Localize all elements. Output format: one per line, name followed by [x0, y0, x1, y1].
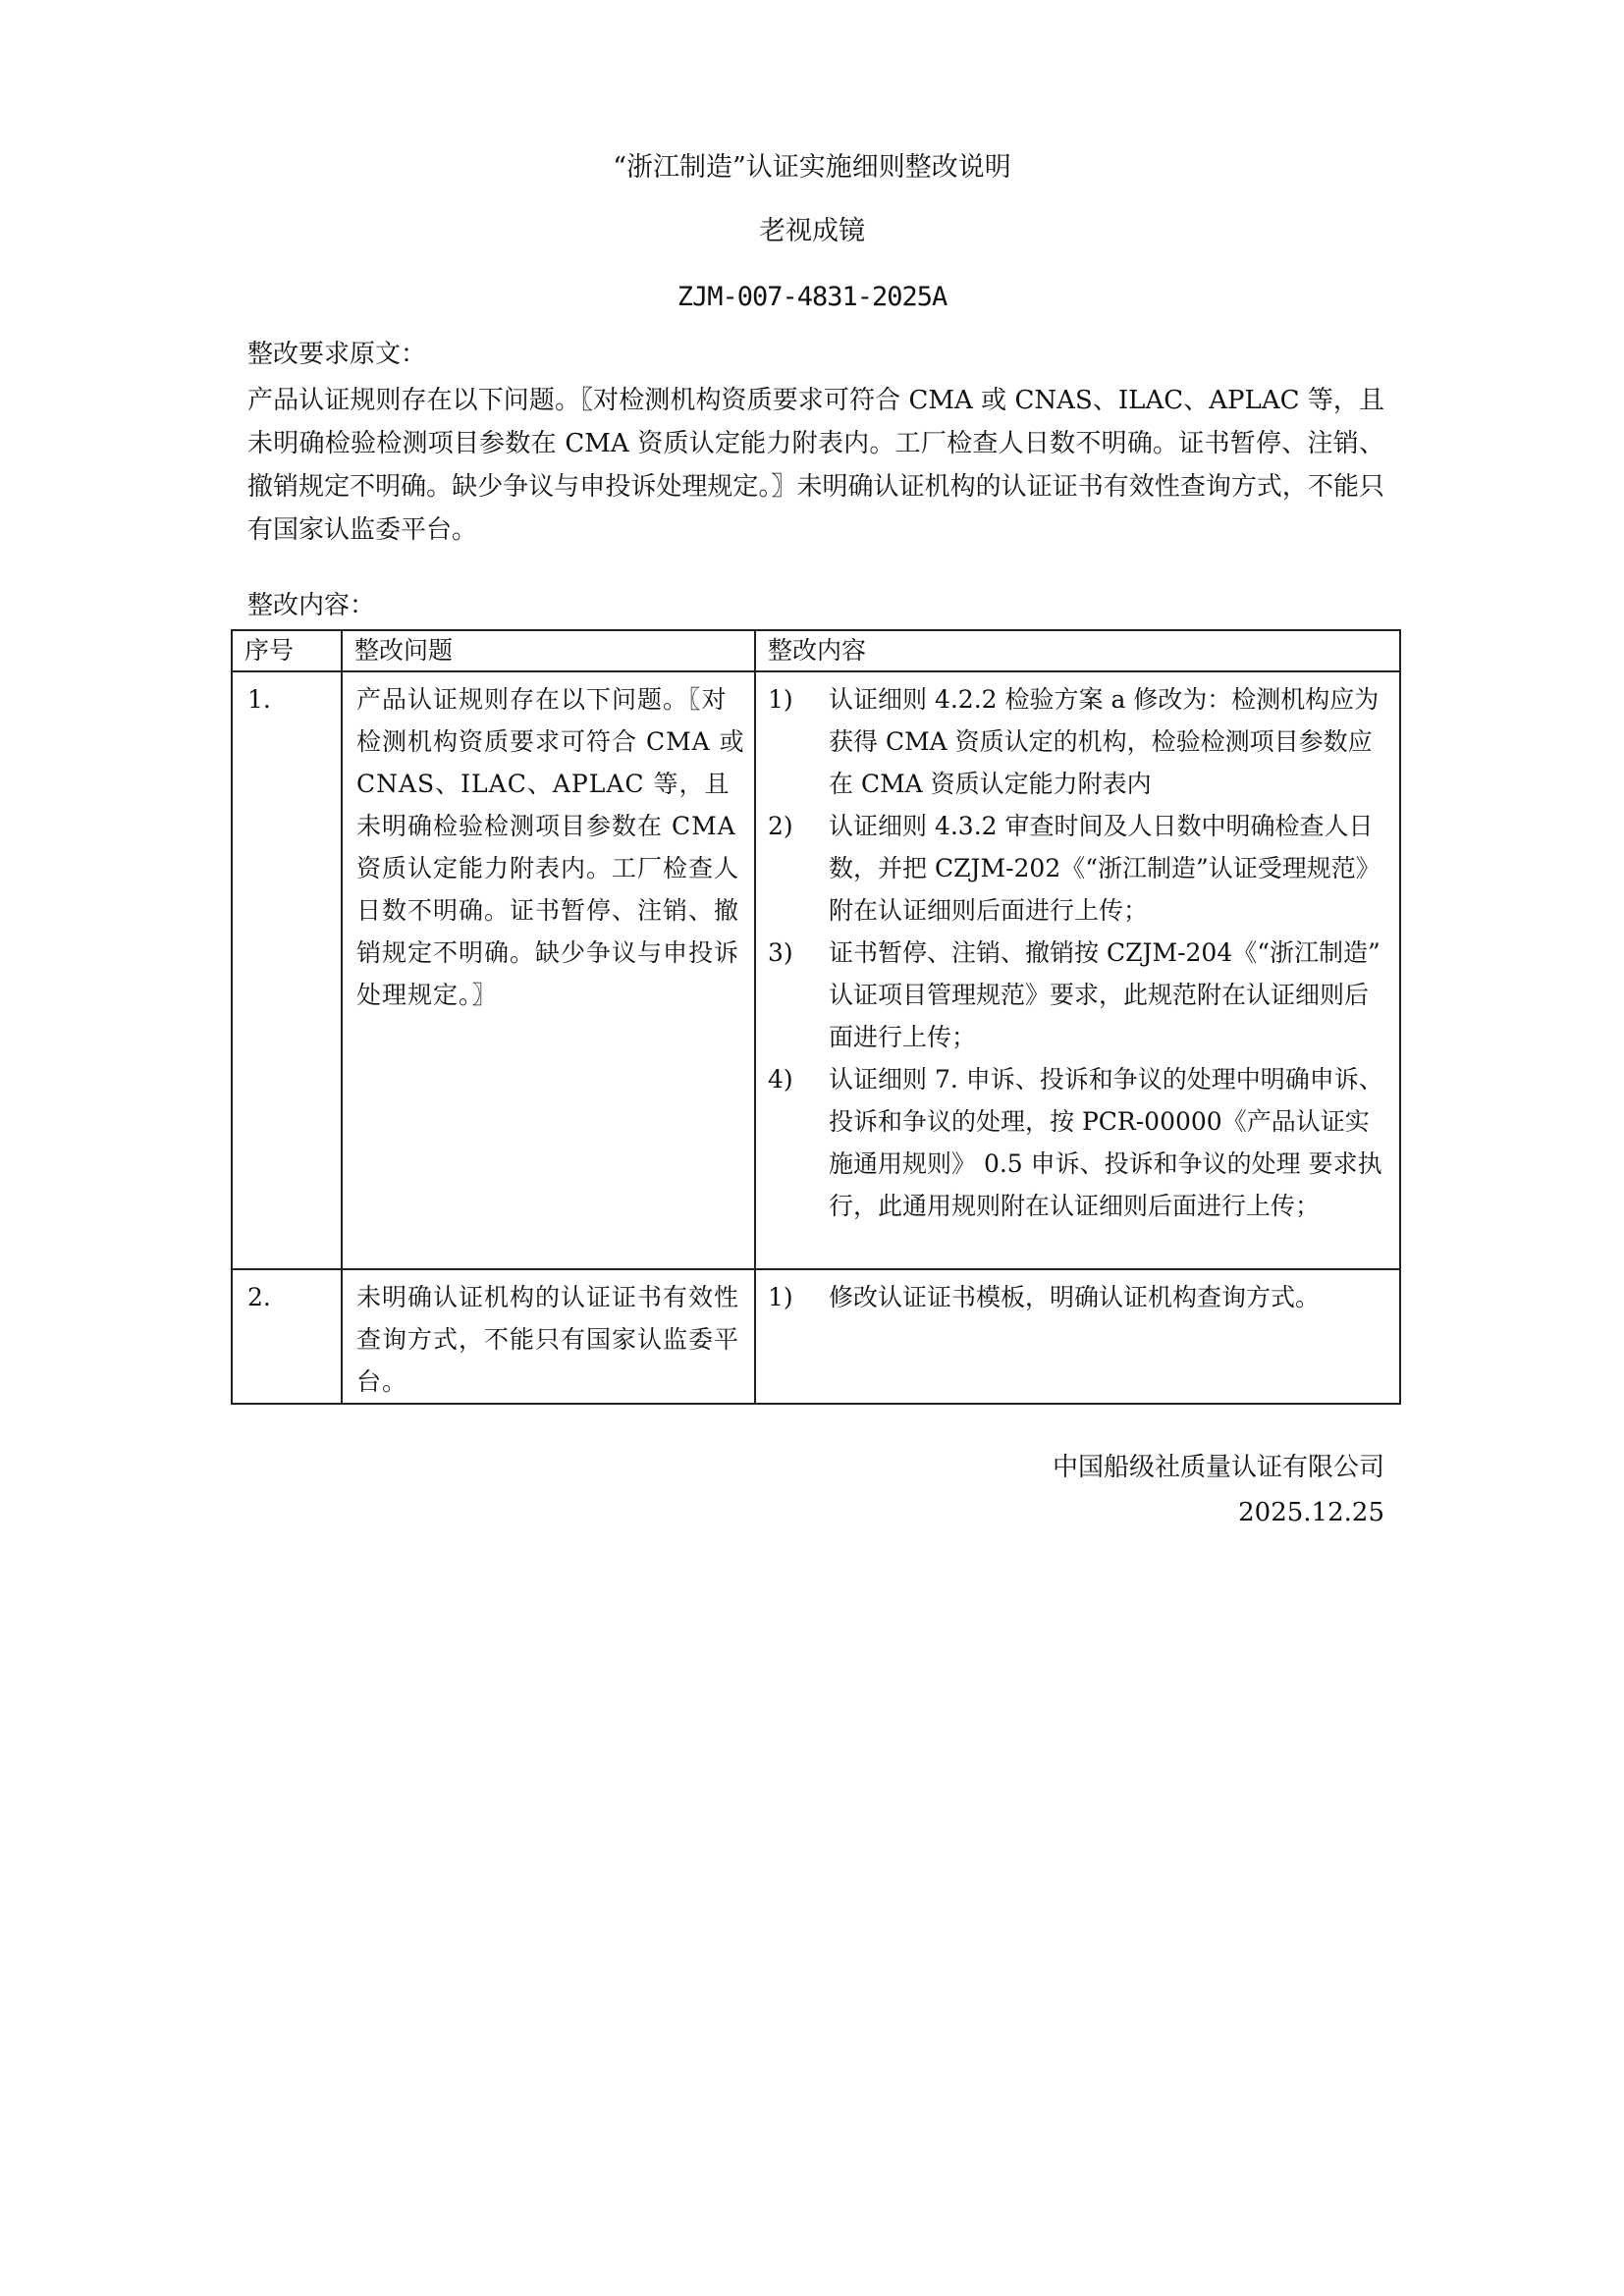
change-text: 认证细则 7. 申诉、投诉和争议的处理中明确申诉、投诉和争议的处理，按 PCR-…: [829, 1058, 1391, 1227]
change-index: 1): [756, 1276, 829, 1318]
header-no: 序号: [232, 630, 342, 671]
document-title: “浙江制造”认证实施细则整改说明: [0, 150, 1624, 186]
table-row: 2. 未明确认证机构的认证证书有效性查询方式，不能只有国家认监委平台。 1) 修…: [232, 1269, 1400, 1404]
header-issue: 整改问题: [342, 630, 755, 671]
row-issue: 未明确认证机构的认证证书有效性查询方式，不能只有国家认监委平台。: [342, 1269, 755, 1404]
change-text: 认证细则 4.3.2 审查时间及人日数中明确检查人日数，并把 CZJM-202《…: [829, 805, 1391, 932]
original-requirement-text: 产品认证规则存在以下问题。〖对检测机构资质要求可符合 CMA 或 CNAS、IL…: [247, 379, 1384, 552]
change-item: 2) 认证细则 4.3.2 审查时间及人日数中明确检查人日数，并把 CZJM-2…: [756, 805, 1391, 932]
document-number: ZJM-007-4831-2025A: [0, 280, 1624, 315]
row-number: 1.: [232, 671, 342, 1269]
table-header-row: 序号 整改问题 整改内容: [232, 630, 1400, 671]
product-name: 老视成镜: [0, 214, 1624, 249]
change-text: 修改认证证书模板，明确认证机构查询方式。: [829, 1276, 1391, 1318]
change-item: 3) 证书暂停、注销、撤销按 CZJM-204《“浙江制造” 认证项目管理规范》…: [756, 932, 1391, 1058]
row-issue: 产品认证规则存在以下问题。〖对检测机构资质要求可符合 CMA 或 CNAS、IL…: [342, 671, 755, 1269]
change-index: 4): [756, 1058, 829, 1227]
change-item: 1) 修改认证证书模板，明确认证机构查询方式。: [756, 1276, 1391, 1318]
change-text: 认证细则 4.2.2 检验方案 a 修改为：检测机构应为获得 CMA 资质认定的…: [829, 678, 1391, 805]
company-signature: 中国船级社质量认证有限公司: [1053, 1450, 1384, 1485]
change-item: 1) 认证细则 4.2.2 检验方案 a 修改为：检测机构应为获得 CMA 资质…: [756, 678, 1391, 805]
row-number: 2.: [232, 1269, 342, 1404]
change-index: 2): [756, 805, 829, 932]
header-changes: 整改内容: [755, 630, 1400, 671]
change-item: 4) 认证细则 7. 申诉、投诉和争议的处理中明确申诉、投诉和争议的处理，按 P…: [756, 1058, 1391, 1227]
rectification-table: 序号 整改问题 整改内容 1. 产品认证规则存在以下问题。〖对检测机构资质要求可…: [231, 629, 1401, 1405]
row-changes: 1) 修改认证证书模板，明确认证机构查询方式。: [755, 1269, 1400, 1404]
document-page: “浙江制造”认证实施细则整改说明 老视成镜 ZJM-007-4831-2025A…: [0, 0, 1624, 2296]
change-index: 1): [756, 678, 829, 805]
original-requirement-label: 整改要求原文：: [247, 338, 426, 371]
change-index: 3): [756, 932, 829, 1058]
rectification-label: 整改内容：: [247, 589, 375, 622]
table-row: 1. 产品认证规则存在以下问题。〖对检测机构资质要求可符合 CMA 或 CNAS…: [232, 671, 1400, 1269]
change-text: 证书暂停、注销、撤销按 CZJM-204《“浙江制造” 认证项目管理规范》要求，…: [829, 932, 1391, 1058]
row-changes: 1) 认证细则 4.2.2 检验方案 a 修改为：检测机构应为获得 CMA 资质…: [755, 671, 1400, 1269]
signature-date: 2025.12.25: [1238, 1495, 1384, 1530]
